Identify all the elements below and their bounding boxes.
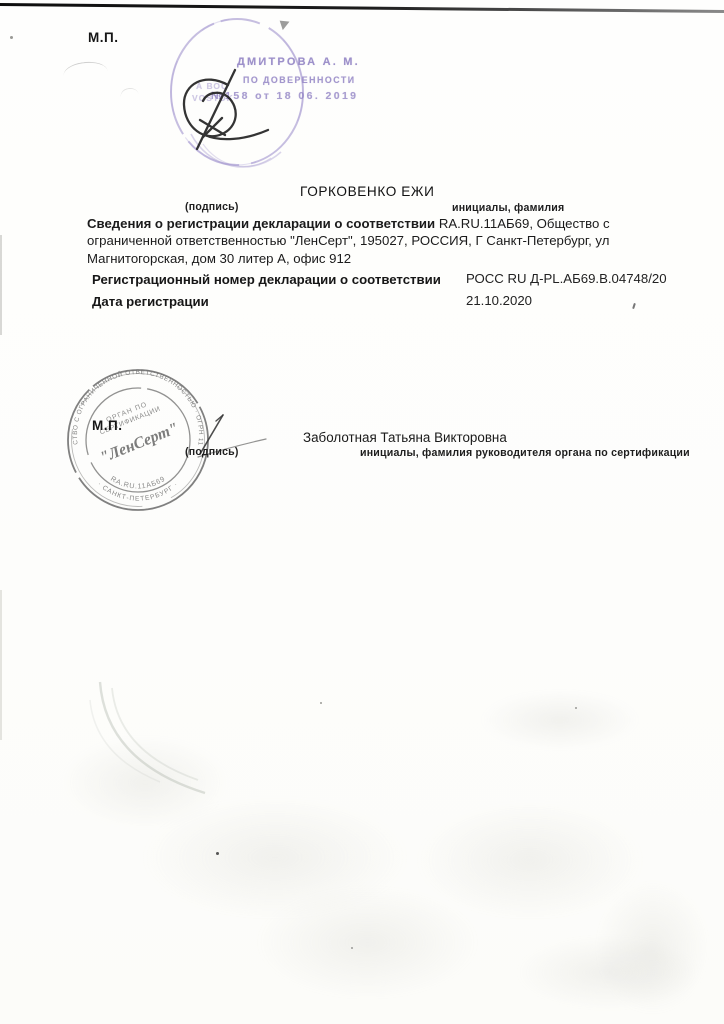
scan-edge-shadow: [0, 590, 2, 740]
scan-speck: [351, 947, 353, 949]
scanned-document-page: М.П. ДМИТРОВА А. М. ПО ДОВЕРЕННОСТИ А ВО…: [0, 0, 724, 1024]
scan-edge-shadow: [0, 235, 2, 335]
bleedthrough-blot: [480, 690, 640, 750]
scan-speck: [320, 702, 322, 704]
bleedthrough-blot: [515, 935, 700, 1010]
seal-here-label-cert: М.П.: [92, 418, 122, 433]
signature-caption-cert: (подпись): [185, 446, 239, 458]
scan-speck: [575, 707, 577, 709]
bleedthrough-blot: [255, 885, 480, 1000]
scan-speck: [216, 852, 219, 855]
